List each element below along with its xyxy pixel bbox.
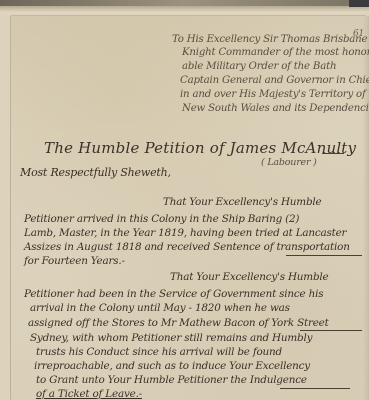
address-line-4: Captain General and Governor in Chief — [180, 75, 369, 86]
address-line-1: To His Excellency Sir Thomas Brisbane — [172, 34, 367, 45]
paragraph-2-line-6: trusts his Conduct since his arrival wil… — [36, 346, 282, 358]
paragraph-1-line-4: Assizes in August 1818 and received Sent… — [24, 241, 350, 253]
title-flourish — [322, 153, 344, 154]
paragraph-2-line-8: to Grant unto Your Humble Petitioner the… — [36, 374, 307, 386]
paragraph-2-line-2: Petitioner had been in the Service of Go… — [24, 288, 323, 300]
document-scan: 61 To His Excellency Sir Thomas Brisbane… — [0, 0, 369, 400]
line-4-underline — [286, 255, 362, 256]
petition-title: The Humble Petition of James McAnulty — [44, 139, 356, 157]
paragraph-2-line-5: Sydney, with whom Petitioner still remai… — [30, 332, 312, 344]
line-underline-york-street — [300, 330, 362, 331]
paragraph-2-line-9: of a Ticket of Leave.- — [36, 388, 142, 400]
paragraph-1-line-3: Lamb, Master, in the Year 1819, having b… — [24, 227, 346, 239]
salutation: Most Respectfully Sheweth, — [20, 166, 171, 179]
address-line-5: in and over His Majesty's Territory of — [180, 89, 366, 100]
page-right-edge — [363, 16, 369, 400]
paragraph-2-line-3: arrival in the Colony until May - 1820 w… — [30, 302, 290, 314]
address-line-6: New South Wales and its Dependencies — [182, 103, 369, 114]
paragraph-2-line-7: irreproachable, and such as to induce Yo… — [34, 360, 310, 372]
paragraph-1-line-5: for Fourteen Years.- — [24, 255, 125, 267]
paragraph-2-line-1: That Your Excellency's Humble — [170, 271, 328, 283]
petitioner-occupation: ( Labourer ) — [261, 157, 317, 168]
scanner-dark-corner — [349, 0, 369, 7]
paragraph-1-line-2: Petitioner arrived in this Colony in the… — [24, 213, 299, 225]
address-line-3: able Military Order of the Bath — [182, 61, 336, 72]
paragraph-1-line-1: That Your Excellency's Humble — [163, 196, 321, 208]
address-line-2: Knight Commander of the most honor- — [182, 47, 369, 58]
paragraph-2-line-4: assigned off the Stores to Mr Mathew Bac… — [28, 317, 329, 329]
indulgence-underline — [280, 388, 350, 389]
scanner-top-strip — [0, 0, 369, 6]
